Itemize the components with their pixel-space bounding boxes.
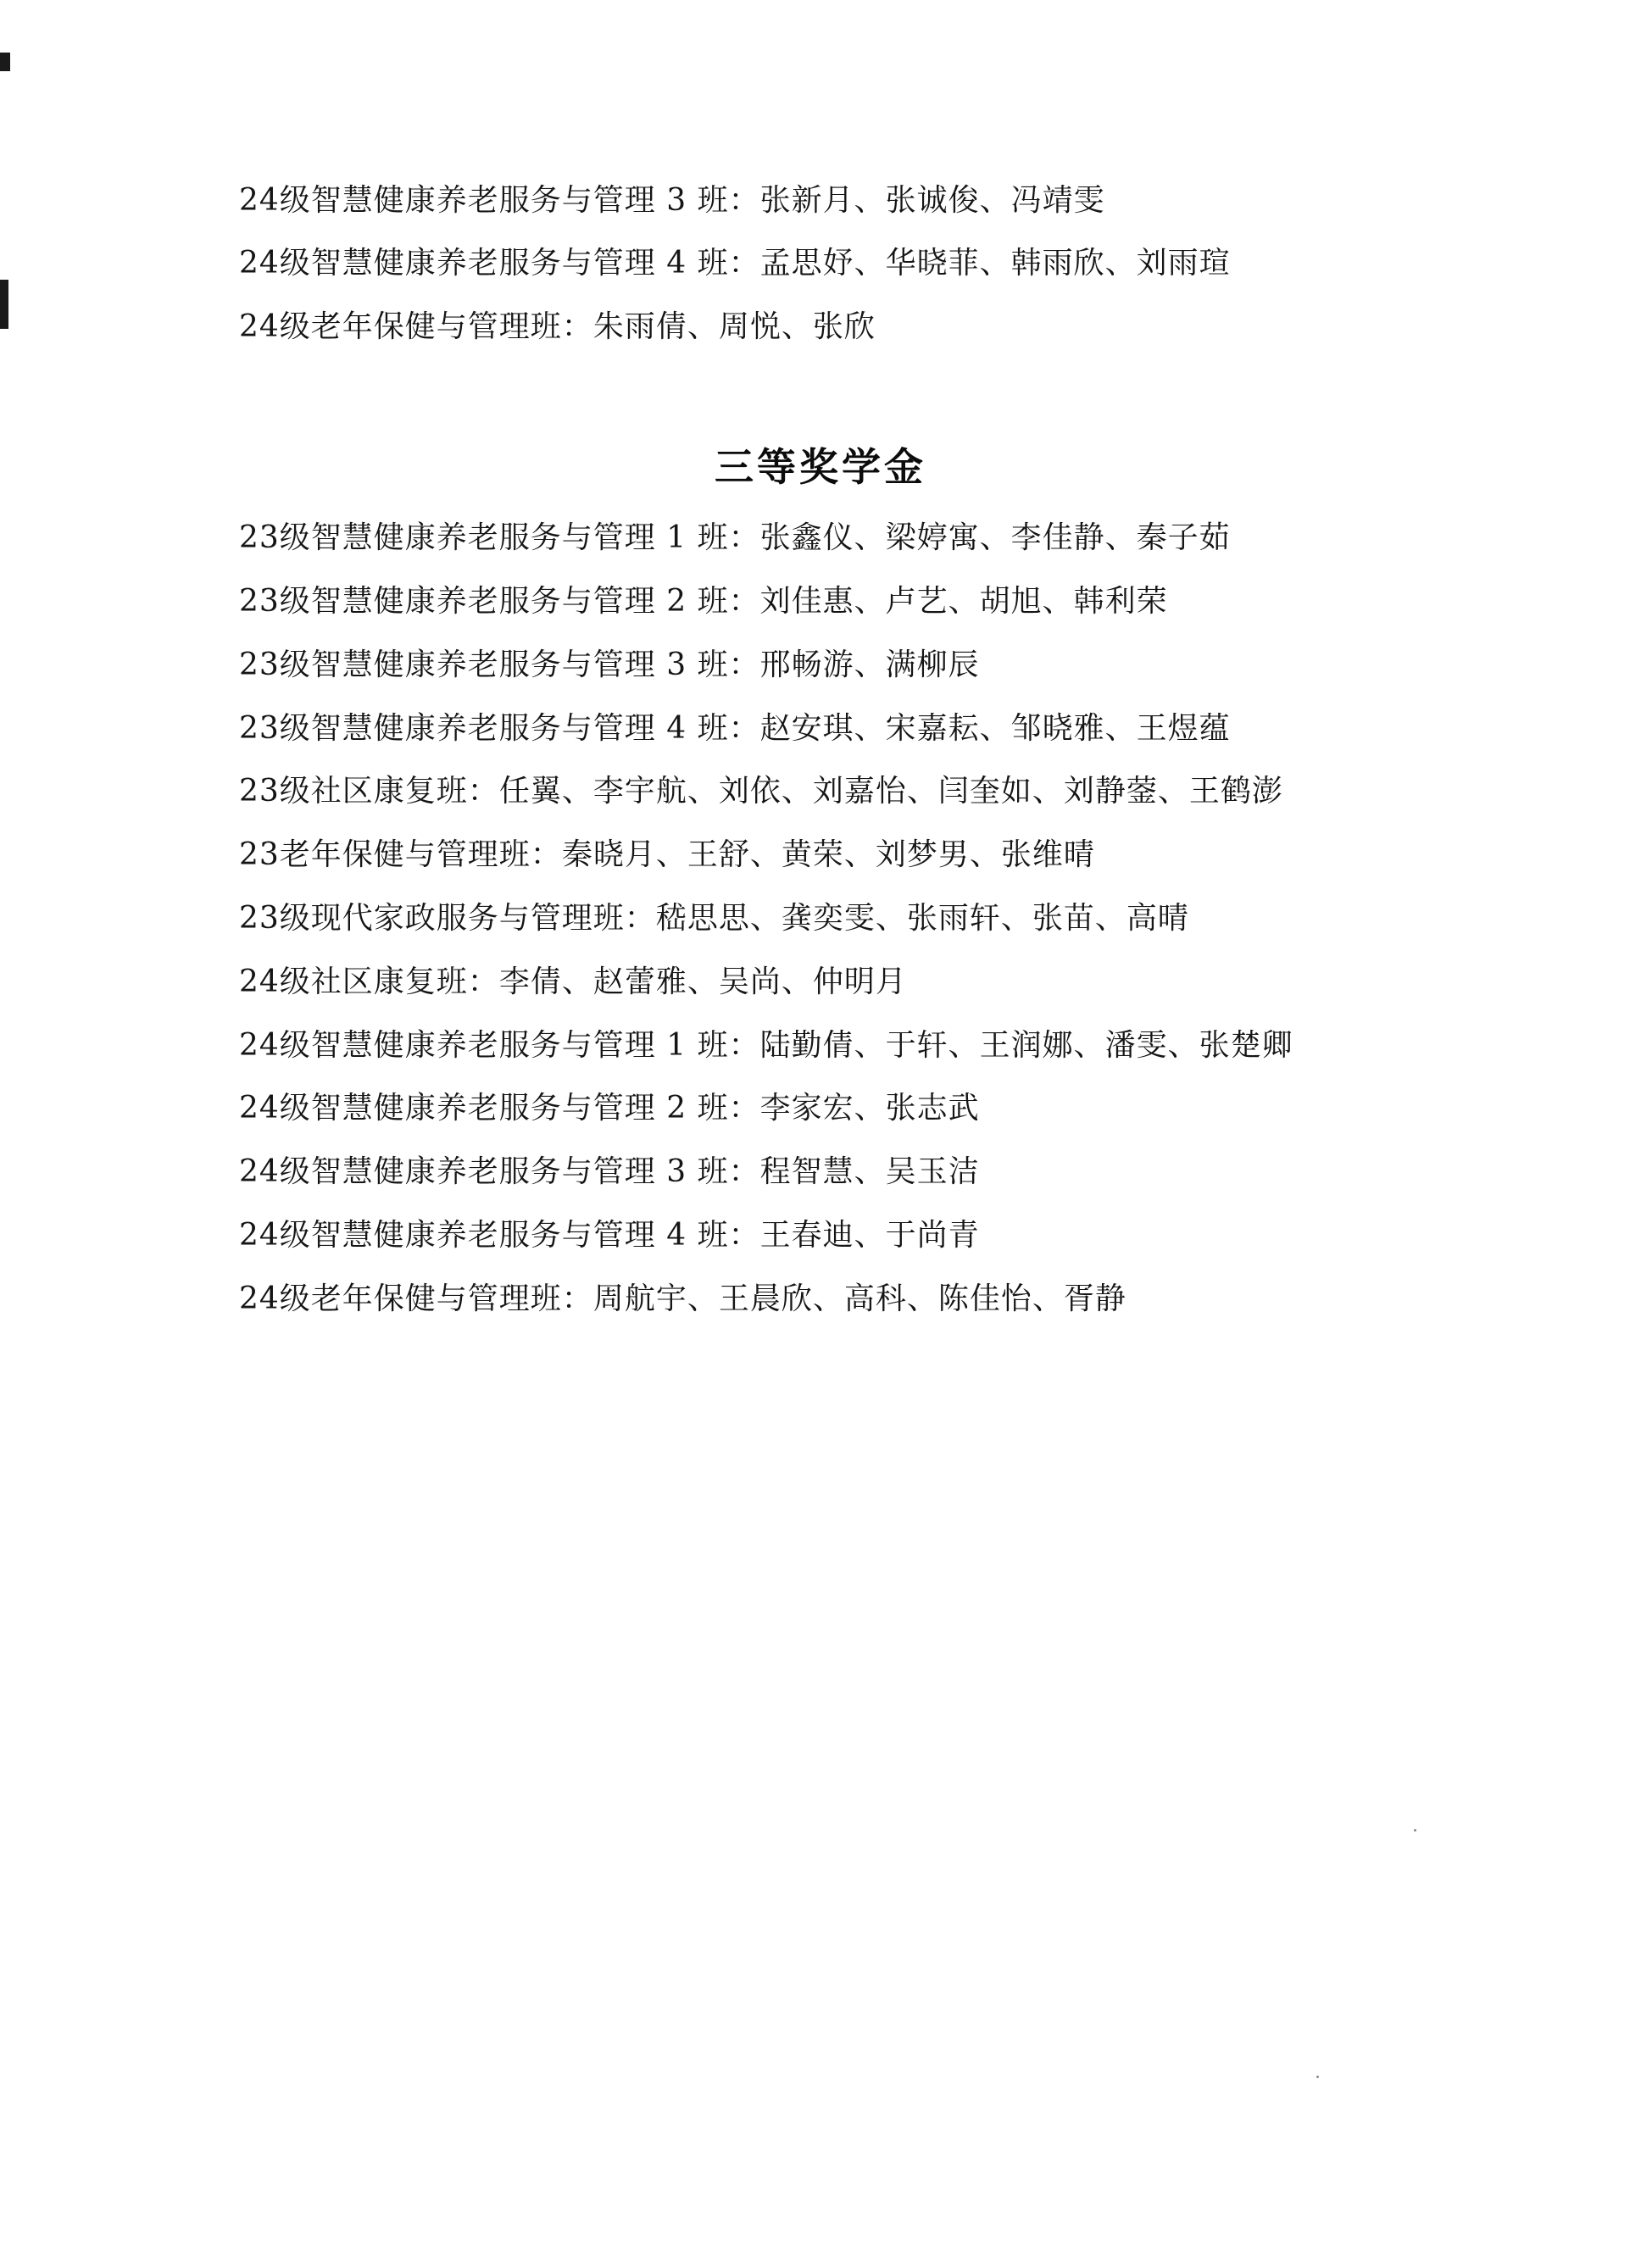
award-entry: 23级社区康复班：任翼、李宇航、刘依、刘嘉怡、闫奎如、刘静蓥、王鹤澎 <box>239 773 1283 810</box>
student-names: 张新月、张诚俊、冯靖雯 <box>760 183 1105 218</box>
award-entry: 23老年保健与管理班：秦晓月、王舒、黄荣、刘梦男、张维晴 <box>239 837 1095 874</box>
student-names: 赵安琪、宋嘉耘、邹晓雅、王煜蕴 <box>760 711 1231 746</box>
award-entry: 24级智慧健康养老服务与管理 4 班：王春迪、于尚青 <box>239 1217 980 1254</box>
class-name: 23级社区康复班： <box>239 774 499 809</box>
award-entry: 24级老年保健与管理班：周航宇、王晨欣、高科、陈佳怡、胥静 <box>239 1281 1126 1318</box>
scan-speck <box>1316 2076 1319 2078</box>
student-names: 程智慧、吴玉洁 <box>760 1154 980 1189</box>
award-entry: 24级智慧健康养老服务与管理 4 班：孟思妤、华晓菲、韩雨欣、刘雨瑄 <box>239 245 1231 282</box>
section-heading-third-prize: 三等奖学金 <box>0 441 1641 493</box>
student-names: 陆勤倩、于轩、王润娜、潘雯、张楚卿 <box>760 1028 1293 1063</box>
class-name: 24级智慧健康养老服务与管理 2 班： <box>239 1091 760 1126</box>
award-entry: 24级智慧健康养老服务与管理 2 班：李家宏、张志武 <box>239 1090 980 1127</box>
student-names: 李家宏、张志武 <box>760 1091 980 1126</box>
scanned-document-page: 24级智慧健康养老服务与管理 3 班：张新月、张诚俊、冯靖雯 24级智慧健康养老… <box>0 0 1641 2268</box>
class-name: 23级智慧健康养老服务与管理 1 班： <box>239 520 760 555</box>
student-names: 任翼、李宇航、刘依、刘嘉怡、闫奎如、刘静蓥、王鹤澎 <box>499 774 1283 809</box>
student-names: 孟思妤、华晓菲、韩雨欣、刘雨瑄 <box>760 246 1231 281</box>
award-entry: 23级智慧健康养老服务与管理 4 班：赵安琪、宋嘉耘、邹晓雅、王煜蕴 <box>239 710 1231 748</box>
student-names: 嵇思思、龚奕雯、张雨轩、张苗、高晴 <box>656 901 1189 936</box>
class-name: 24级社区康复班： <box>239 964 499 999</box>
class-name: 24级老年保健与管理班： <box>239 1281 593 1316</box>
student-names: 秦晓月、王舒、黄荣、刘梦男、张维晴 <box>562 837 1095 872</box>
award-entry: 23级现代家政服务与管理班：嵇思思、龚奕雯、张雨轩、张苗、高晴 <box>239 900 1189 937</box>
class-name: 24级智慧健康养老服务与管理 3 班： <box>239 1154 760 1189</box>
award-entry: 24级老年保健与管理班：朱雨倩、周悦、张欣 <box>239 309 876 346</box>
class-name: 24级智慧健康养老服务与管理 3 班： <box>239 183 760 218</box>
award-entry: 23级智慧健康养老服务与管理 2 班：刘佳惠、卢艺、胡旭、韩利荣 <box>239 583 1168 620</box>
scan-speck <box>1414 1829 1416 1832</box>
student-names: 王春迪、于尚青 <box>760 1218 980 1253</box>
student-names: 张鑫仪、梁婷寓、李佳静、秦子茹 <box>760 520 1231 555</box>
student-names: 李倩、赵蕾雅、吴尚、仲明月 <box>499 964 907 999</box>
class-name: 23级智慧健康养老服务与管理 4 班： <box>239 711 760 746</box>
award-entry: 24级智慧健康养老服务与管理 3 班：程智慧、吴玉洁 <box>239 1153 980 1191</box>
class-name: 24级老年保健与管理班： <box>239 309 593 344</box>
class-name: 23老年保健与管理班： <box>239 837 562 872</box>
student-names: 邢畅游、满柳辰 <box>760 648 980 682</box>
scan-edge-mark-top <box>0 53 10 71</box>
class-name: 23级智慧健康养老服务与管理 2 班： <box>239 584 760 619</box>
award-entry: 24级社区康复班：李倩、赵蕾雅、吴尚、仲明月 <box>239 964 907 1001</box>
student-names: 朱雨倩、周悦、张欣 <box>593 309 876 344</box>
student-names: 刘佳惠、卢艺、胡旭、韩利荣 <box>760 584 1168 619</box>
class-name: 23级智慧健康养老服务与管理 3 班： <box>239 648 760 682</box>
student-names: 周航宇、王晨欣、高科、陈佳怡、胥静 <box>593 1281 1126 1316</box>
award-entry: 24级智慧健康养老服务与管理 1 班：陆勤倩、于轩、王润娜、潘雯、张楚卿 <box>239 1027 1293 1065</box>
award-entry: 23级智慧健康养老服务与管理 1 班：张鑫仪、梁婷寓、李佳静、秦子茹 <box>239 520 1231 557</box>
award-entry: 23级智慧健康养老服务与管理 3 班：邢畅游、满柳辰 <box>239 647 980 684</box>
scan-edge-mark-bottom <box>0 280 8 329</box>
class-name: 23级现代家政服务与管理班： <box>239 901 656 936</box>
class-name: 24级智慧健康养老服务与管理 1 班： <box>239 1028 760 1063</box>
class-name: 24级智慧健康养老服务与管理 4 班： <box>239 1218 760 1253</box>
class-name: 24级智慧健康养老服务与管理 4 班： <box>239 246 760 281</box>
award-entry: 24级智慧健康养老服务与管理 3 班：张新月、张诚俊、冯靖雯 <box>239 182 1105 220</box>
